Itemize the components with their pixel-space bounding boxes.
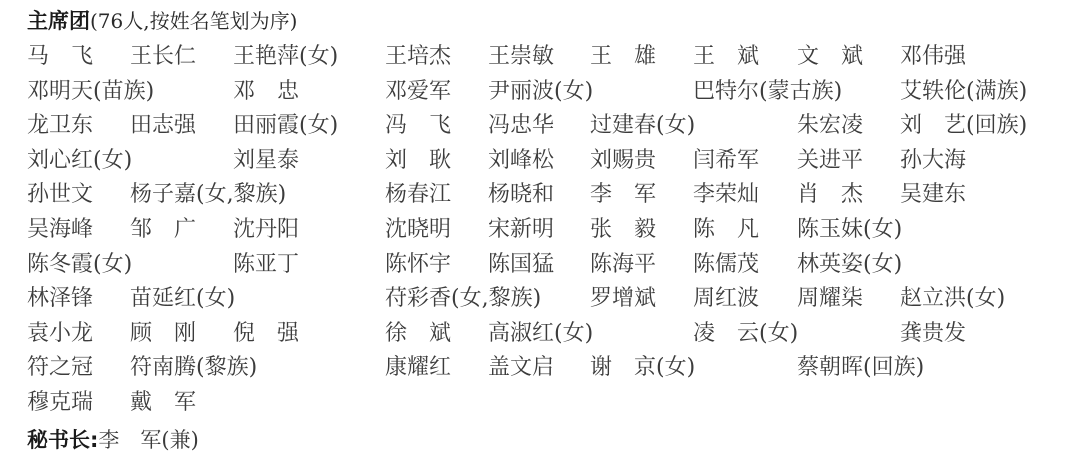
member-name: 赵立洪(女) xyxy=(900,282,1005,316)
member-name: 刘星泰 xyxy=(233,144,299,178)
member-name: 冯 飞 xyxy=(385,109,451,143)
member-name: 邹 广 xyxy=(130,213,196,247)
member-name: 王崇敏 xyxy=(488,40,554,74)
heading-label: 主席团 xyxy=(27,9,90,33)
member-name: 马 飞 xyxy=(27,40,93,74)
member-name: 龙卫东 xyxy=(27,109,93,143)
member-name: 倪 强 xyxy=(233,317,299,351)
member-name: 戴 军 xyxy=(130,386,196,420)
member-name: 田志强 xyxy=(130,109,196,143)
member-name: 过建春(女) xyxy=(590,109,695,143)
member-name: 顾 刚 xyxy=(130,317,196,351)
member-name: 谢 京(女) xyxy=(590,351,695,385)
name-row: 袁小龙顾 刚倪 强徐 斌高淑红(女)凌 云(女)龚贵发 xyxy=(0,317,1080,351)
member-name: 王培杰 xyxy=(385,40,451,74)
secretary-general: 秘书长:李 军(兼) xyxy=(27,423,199,457)
member-name: 刘 艺(回族) xyxy=(900,109,1027,143)
member-name: 凌 云(女) xyxy=(693,317,798,351)
member-name: 林英姿(女) xyxy=(797,248,902,282)
member-name: 陈玉妹(女) xyxy=(797,213,902,247)
name-row: 吴海峰邹 广沈丹阳沈晓明宋新明张 毅陈 凡陈玉妹(女) xyxy=(0,213,1080,247)
member-name: 徐 斌 xyxy=(385,317,451,351)
member-name: 高淑红(女) xyxy=(488,317,593,351)
member-name: 宋新明 xyxy=(488,213,554,247)
member-name: 肖 杰 xyxy=(797,178,863,212)
member-name: 刘 耿 xyxy=(385,144,451,178)
name-row: 穆克瑞戴 军 xyxy=(0,386,1080,420)
member-name: 王艳萍(女) xyxy=(233,40,338,74)
member-name: 王长仁 xyxy=(130,40,196,74)
member-name: 艾轶伦(满族) xyxy=(900,75,1027,109)
heading-note: (76人,按姓名笔划为序) xyxy=(90,9,297,33)
secretary-general-label: 秘书长: xyxy=(27,428,98,452)
member-name: 符之冠 xyxy=(27,351,93,385)
member-name: 邓伟强 xyxy=(900,40,966,74)
member-name: 罗增斌 xyxy=(590,282,656,316)
member-name: 陈儒茂 xyxy=(693,248,759,282)
member-name: 吴海峰 xyxy=(27,213,93,247)
member-name: 蔡朝晖(回族) xyxy=(797,351,924,385)
member-name: 杨晓和 xyxy=(488,178,554,212)
presidium-heading: 主席团(76人,按姓名笔划为序) xyxy=(27,6,297,36)
member-name: 关进平 xyxy=(797,144,863,178)
member-name: 陈亚丁 xyxy=(233,248,299,282)
member-name: 邓明天(苗族) xyxy=(27,75,154,109)
name-row: 符之冠符南腾(黎族)康耀红盖文启谢 京(女)蔡朝晖(回族) xyxy=(0,351,1080,385)
member-name: 陈国猛 xyxy=(488,248,554,282)
member-name: 苻彩香(女,黎族) xyxy=(385,282,541,316)
member-name: 邓爱军 xyxy=(385,75,451,109)
member-name: 杨子嘉(女,黎族) xyxy=(130,178,286,212)
member-name: 陈怀宇 xyxy=(385,248,451,282)
member-name: 冯忠华 xyxy=(488,109,554,143)
member-name: 陈 凡 xyxy=(693,213,759,247)
name-row: 刘心红(女)刘星泰刘 耿刘峰松刘赐贵闫希军关进平孙大海 xyxy=(0,144,1080,178)
member-name: 穆克瑞 xyxy=(27,386,93,420)
member-name: 盖文启 xyxy=(488,351,554,385)
member-name: 孙世文 xyxy=(27,178,93,212)
member-name: 邓 忠 xyxy=(233,75,299,109)
member-name: 刘心红(女) xyxy=(27,144,132,178)
name-row: 马 飞王长仁王艳萍(女)王培杰王崇敏王 雄王 斌文 斌邓伟强 xyxy=(0,40,1080,74)
member-name: 刘赐贵 xyxy=(590,144,656,178)
member-name: 田丽霞(女) xyxy=(233,109,338,143)
member-name: 吴建东 xyxy=(900,178,966,212)
member-name: 巴特尔(蒙古族) xyxy=(693,75,842,109)
member-name: 周耀柒 xyxy=(797,282,863,316)
member-name: 刘峰松 xyxy=(488,144,554,178)
member-name: 李荣灿 xyxy=(693,178,759,212)
member-name: 林泽锋 xyxy=(27,282,93,316)
name-row: 陈冬霞(女)陈亚丁陈怀宇陈国猛陈海平陈儒茂林英姿(女) xyxy=(0,248,1080,282)
member-name: 袁小龙 xyxy=(27,317,93,351)
name-row: 孙世文杨子嘉(女,黎族)杨春江杨晓和李 军李荣灿肖 杰吴建东 xyxy=(0,178,1080,212)
member-name: 康耀红 xyxy=(385,351,451,385)
member-name: 苗延红(女) xyxy=(130,282,235,316)
member-name: 杨春江 xyxy=(385,178,451,212)
member-name: 沈晓明 xyxy=(385,213,451,247)
member-name: 周红波 xyxy=(693,282,759,316)
member-name: 李 军 xyxy=(590,178,656,212)
name-row: 龙卫东田志强田丽霞(女)冯 飞冯忠华过建春(女)朱宏凌刘 艺(回族) xyxy=(0,109,1080,143)
member-name: 符南腾(黎族) xyxy=(130,351,257,385)
member-name: 朱宏凌 xyxy=(797,109,863,143)
name-row: 邓明天(苗族)邓 忠邓爱军尹丽波(女)巴特尔(蒙古族)艾轶伦(满族) xyxy=(0,75,1080,109)
member-name: 孙大海 xyxy=(900,144,966,178)
member-name: 王 斌 xyxy=(693,40,759,74)
member-name: 陈冬霞(女) xyxy=(27,248,132,282)
member-name: 尹丽波(女) xyxy=(488,75,593,109)
member-name: 陈海平 xyxy=(590,248,656,282)
member-name: 沈丹阳 xyxy=(233,213,299,247)
member-name: 龚贵发 xyxy=(900,317,966,351)
member-name: 张 毅 xyxy=(590,213,656,247)
secretary-general-value: 李 军(兼) xyxy=(98,428,198,452)
member-name: 文 斌 xyxy=(797,40,863,74)
member-name: 闫希军 xyxy=(693,144,759,178)
member-name: 王 雄 xyxy=(590,40,656,74)
name-row: 林泽锋苗延红(女)苻彩香(女,黎族)罗增斌周红波周耀柒赵立洪(女) xyxy=(0,282,1080,316)
